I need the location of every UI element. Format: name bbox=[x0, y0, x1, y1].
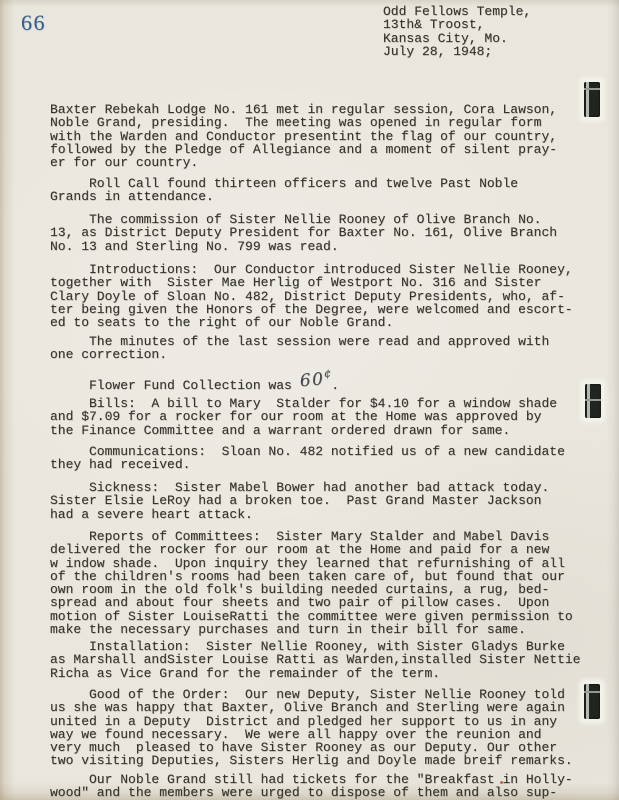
paragraph-introductions: Introductions: Our Conductor introduced … bbox=[50, 263, 573, 329]
binder-mark-top bbox=[584, 82, 600, 117]
paragraph-communications: Communications: Sloan No. 482 notified u… bbox=[50, 445, 565, 472]
paper-speck bbox=[500, 781, 503, 784]
binder-hole-middle bbox=[582, 381, 604, 421]
scanned-page: 66 Odd Fellows Temple, 13th& Troost, Kan… bbox=[0, 0, 619, 800]
binder-mark-crossline bbox=[585, 399, 601, 401]
binder-mark-stripe bbox=[586, 684, 589, 719]
paragraph-minutes: The minutes of the last session were rea… bbox=[50, 335, 549, 362]
binder-hole-top bbox=[581, 79, 603, 120]
handwritten-amount: 60¢ bbox=[299, 367, 332, 389]
binder-hole-bottom bbox=[581, 681, 603, 722]
paragraph-installation: Installation: Sister Nellie Rooney, with… bbox=[50, 640, 581, 680]
paragraph-roll-call: Roll Call found thirteen officers and tw… bbox=[50, 177, 518, 204]
paragraph-opening: Baxter Rebekah Lodge No. 161 met in regu… bbox=[50, 103, 557, 169]
binder-mark-bottom bbox=[584, 684, 600, 719]
paragraph-sickness: Sickness: Sister Mabel Bower had another… bbox=[50, 481, 549, 521]
paragraph-good-of-order: Good of the Order: Our new Deputy, Siste… bbox=[50, 688, 573, 768]
binder-mark-crossline bbox=[584, 88, 600, 90]
page-number: 66 bbox=[21, 10, 46, 36]
paragraph-commission: The commission of Sister Nellie Rooney o… bbox=[50, 213, 557, 253]
flower-fund-typed-text: Flower Fund Collection was bbox=[50, 378, 300, 393]
paragraph-flower-fund: Flower Fund Collection was 60¢. bbox=[50, 372, 339, 392]
paragraph-tickets: Our Noble Grand still had tickets for th… bbox=[50, 773, 573, 800]
paragraph-reports: Reports of Committees: Sister Mary Stald… bbox=[50, 530, 573, 636]
cents-symbol: ¢ bbox=[323, 367, 331, 381]
paragraph-bills: Bills: A bill to Mary Stalder for $4.10 … bbox=[50, 397, 557, 437]
dateline: Odd Fellows Temple, 13th& Troost, Kansas… bbox=[383, 5, 531, 58]
binder-mark-crossline bbox=[584, 691, 600, 693]
binder-mark-stripe bbox=[587, 384, 590, 418]
flower-fund-period: . bbox=[331, 378, 339, 393]
binder-mark-middle bbox=[585, 384, 601, 418]
